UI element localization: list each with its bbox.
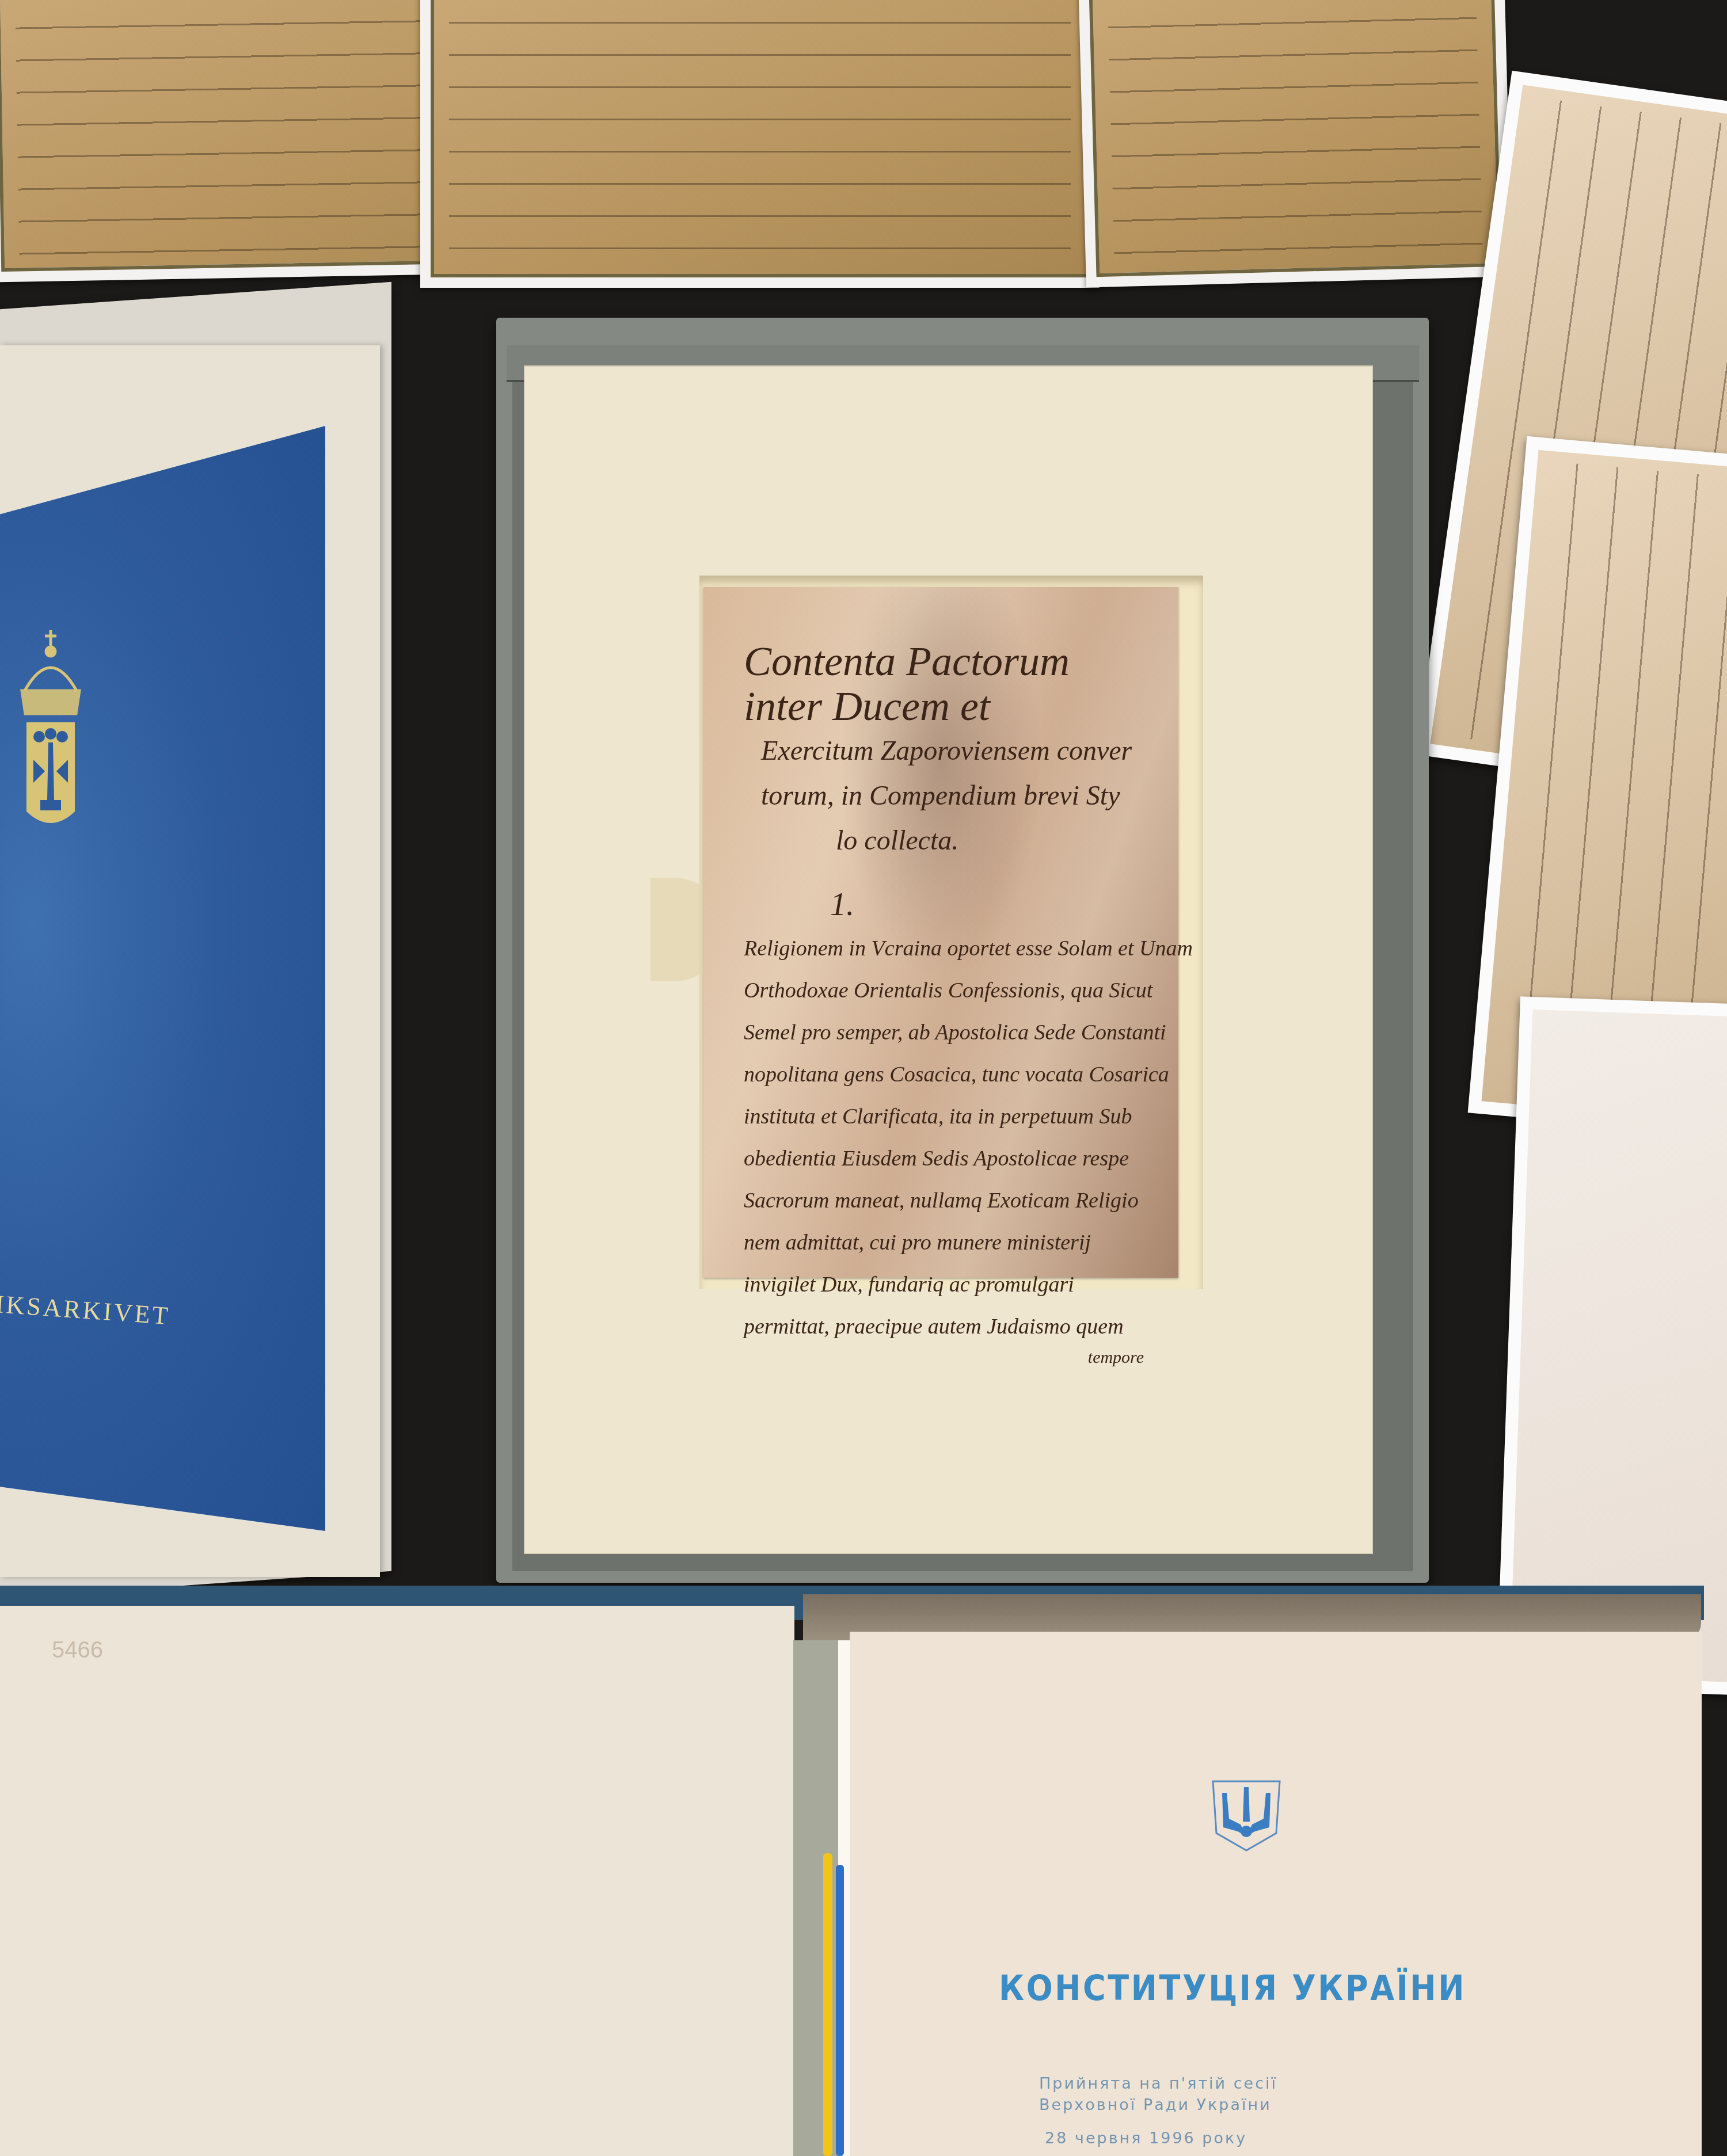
body-line: obedientia Eiusdem Sedis Apostolicae res… bbox=[744, 1138, 1155, 1180]
body-line: Religionem in Vcraina oportet esse Solam… bbox=[744, 928, 1155, 970]
body-line: Sacrorum maneat, nullamq Exoticam Religi… bbox=[744, 1180, 1155, 1222]
body-line: Semel pro semper, ab Apostolica Sede Con… bbox=[744, 1012, 1155, 1054]
manuscript-body: Religionem in Vcraina oportet esse Solam… bbox=[744, 928, 1155, 1348]
yellow-ribbon bbox=[823, 1853, 832, 2156]
pencil-catalog-number: 5466 bbox=[52, 1637, 103, 1663]
book-left-endpaper bbox=[0, 1606, 794, 2156]
manuscript-facsimile: Contenta Pactorum inter Ducem et Exercit… bbox=[703, 587, 1178, 1278]
body-line: nem admittat, cui pro munere ministerij bbox=[744, 1222, 1155, 1264]
ukraine-trident-icon bbox=[1206, 1778, 1287, 1853]
manuscript-title: Contenta Pactorum inter Ducem et Exercit… bbox=[744, 639, 1155, 863]
body-line: Orthodoxae Orientalis Confessionis, qua … bbox=[744, 970, 1155, 1012]
swedish-lesser-coat-of-arms-icon bbox=[16, 627, 85, 829]
printed-copy-2 bbox=[420, 0, 1100, 288]
printed-copy-3 bbox=[1078, 0, 1512, 288]
title-line: lo collecta. bbox=[744, 818, 1155, 863]
constitution-date: 28 червня 1996 року bbox=[1045, 2130, 1247, 2147]
constitution-subtitle-line: Верховної Ради України bbox=[1039, 2096, 1272, 2114]
constitution-subtitle-line: Прийнята на п'ятій сесії bbox=[1039, 2075, 1277, 2093]
title-line: Contenta Pactorum inter Ducem et bbox=[744, 639, 1155, 729]
archive-blue-cover bbox=[0, 426, 325, 1531]
constitution-title: КОНСТИТУЦІЯ УКРАЇНИ bbox=[999, 1968, 1466, 2009]
catchword: tempore bbox=[744, 1348, 1155, 1368]
title-line: torum, in Compendium brevi Sty bbox=[744, 774, 1155, 818]
blue-ribbon bbox=[836, 1865, 844, 2156]
title-line: Exercitum Zaporoviensem conver bbox=[744, 729, 1155, 774]
body-line: permittat, praecipue autem Judaismo quem bbox=[744, 1306, 1155, 1348]
body-line: nopolitana gens Cosacica, tunc vocata Co… bbox=[744, 1054, 1155, 1096]
section-number: 1. bbox=[830, 886, 1155, 923]
body-line: invigilet Dux, fundariq ac promulgari bbox=[744, 1264, 1155, 1306]
body-line: instituta et Clarificata, ita in perpetu… bbox=[744, 1096, 1155, 1138]
